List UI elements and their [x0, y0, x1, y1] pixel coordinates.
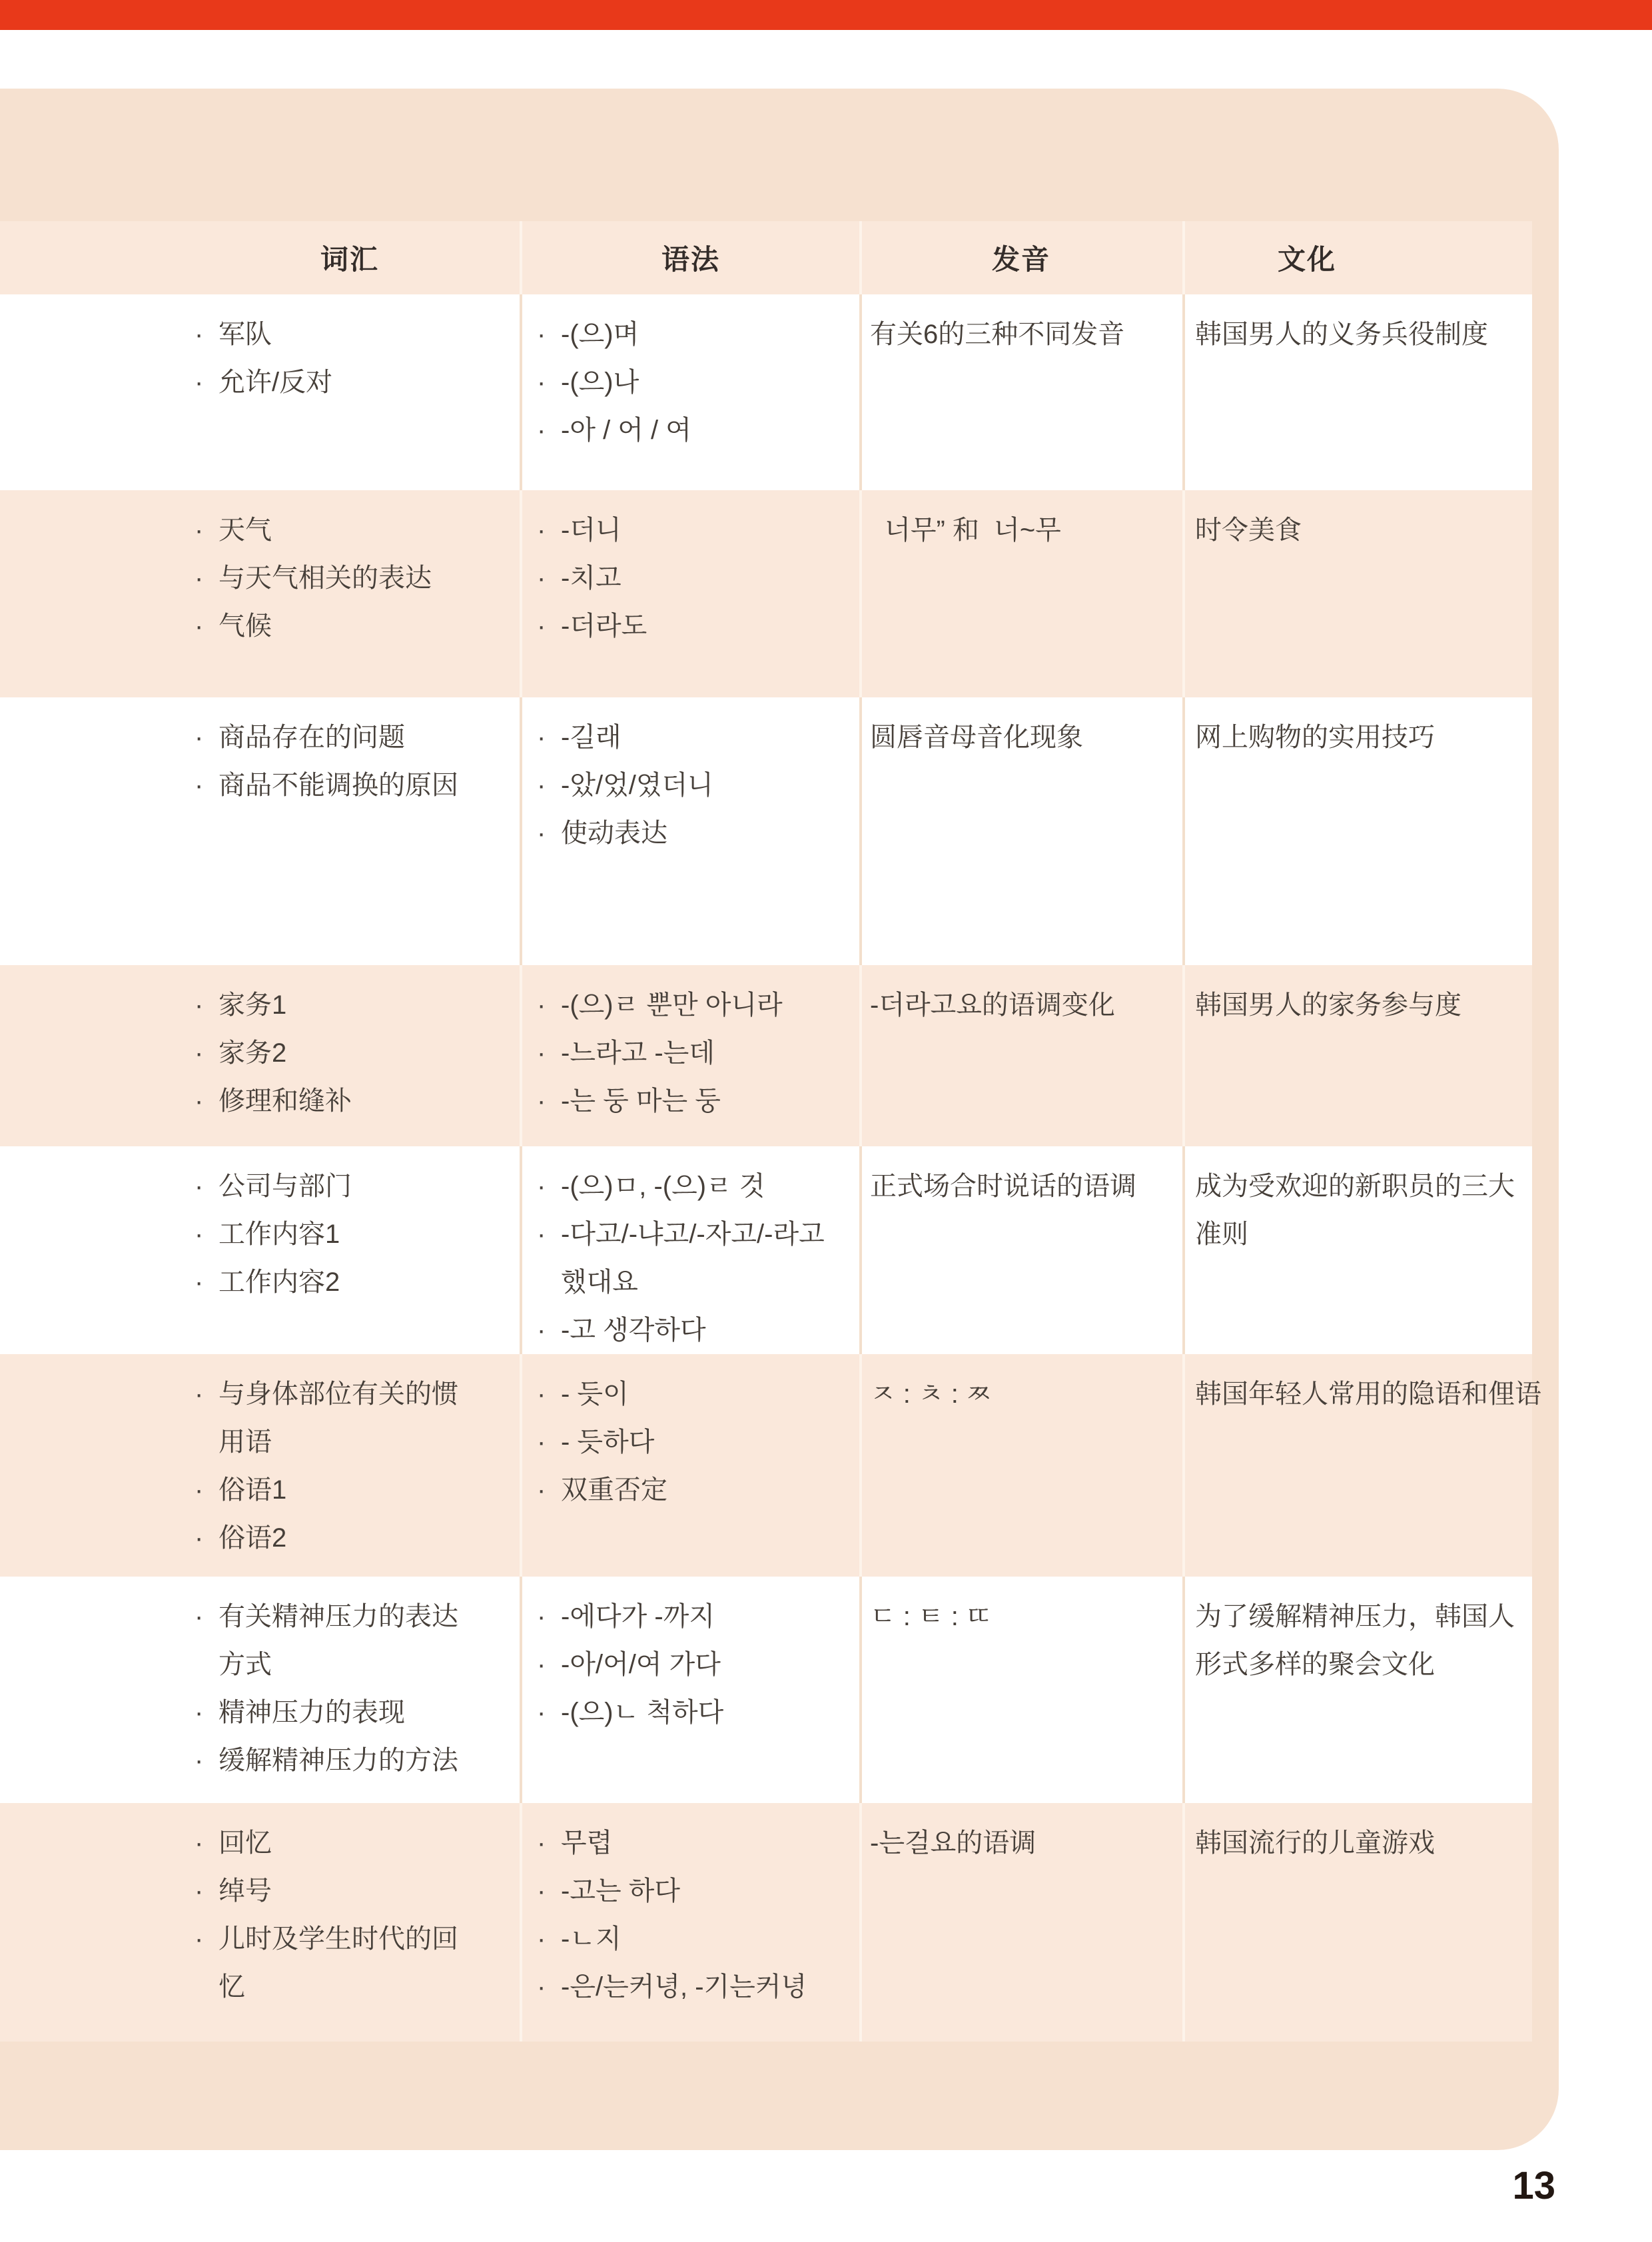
- grammar-item: -더라도: [536, 602, 846, 650]
- grammar-cell: - 듯이- 듯하다双重否定: [520, 1354, 859, 1577]
- vocabulary-item: 缓解精神压力的方法: [193, 1736, 483, 1784]
- grammar-item: -다고/-냐고/-자고/-라고 했대요: [536, 1210, 846, 1306]
- page-number: 13: [1512, 2163, 1555, 2208]
- vocabulary-item: 儿时及学生时代的回忆: [193, 1915, 483, 2011]
- vocabulary-item: 与身体部位有关的惯用语: [193, 1370, 483, 1466]
- grammar-item: 双重否定: [536, 1466, 846, 1514]
- vocabulary-cell: 天气与天气相关的表达气候: [0, 490, 520, 697]
- column-header-vocabulary: 词汇: [0, 221, 520, 294]
- grammar-cell: -(으)며-(으)나-아 / 어 / 여: [520, 294, 859, 490]
- culture-cell: 成为受欢迎的新职员的三大准则: [1182, 1146, 1532, 1354]
- grammar-item: -에다가 -까지: [536, 1593, 846, 1641]
- table-row: 商品存在的问题商品不能调换的原因-길래-았/었/였더니使动表达圆唇音母音化现象网…: [0, 697, 1532, 965]
- grammar-item: -더니: [536, 506, 846, 554]
- vocabulary-cell: 家务1家务2修理和缝补: [0, 965, 520, 1146]
- grammar-item: - 듯이: [536, 1370, 846, 1418]
- table-row: 天气与天气相关的表达气候-더니-치고-더라도 너무” 和 너~무时令美食: [0, 490, 1532, 697]
- vocabulary-item: 天气: [193, 506, 483, 554]
- grammar-item: -아/어/여 가다: [536, 1641, 846, 1688]
- table-row: 有关精神压力的表达方式精神压力的表现缓解精神压力的方法-에다가 -까지-아/어/…: [0, 1577, 1532, 1803]
- table-row: 家务1家务2修理和缝补-(으)ㄹ 뿐만 아니라-느라고 -는데-는 둥 마는 둥…: [0, 965, 1532, 1146]
- table-row: 回忆绰号儿时及学生时代的回忆무렵-고는 하다-ㄴ지-은/는커녕, -기는커녕-는…: [0, 1803, 1532, 2042]
- grammar-item: -은/는커녕, -기는커녕: [536, 1963, 846, 2011]
- vocabulary-item: 与天气相关的表达: [193, 554, 483, 602]
- culture-cell: 韩国男人的家务参与度: [1182, 965, 1532, 1146]
- vocabulary-item: 气候: [193, 602, 483, 650]
- pronunciation-cell: ㄷ : ㅌ : ㄸ: [859, 1577, 1182, 1803]
- vocabulary-item: 回忆: [193, 1819, 483, 1867]
- pronunciation-cell: 너무” 和 너~무: [859, 490, 1182, 697]
- grammar-item: 使动表达: [536, 809, 846, 857]
- column-header-pronunciation: 发音: [859, 221, 1182, 294]
- vocabulary-item: 有关精神压力的表达方式: [193, 1593, 483, 1688]
- grammar-item: -(으)ㄹ 뿐만 아니라: [536, 981, 846, 1029]
- vocabulary-cell: 有关精神压力的表达方式精神压力的表现缓解精神压力的方法: [0, 1577, 520, 1803]
- culture-cell: 韩国年轻人常用的隐语和俚语: [1182, 1354, 1532, 1577]
- vocabulary-item: 公司与部门: [193, 1162, 483, 1210]
- pronunciation-cell: 有关6的三种不同发音: [859, 294, 1182, 490]
- pronunciation-cell: 正式场合时说话的语调: [859, 1146, 1182, 1354]
- grammar-item: -았/었/였더니: [536, 761, 846, 809]
- vocabulary-cell: 军队允许/反对: [0, 294, 520, 490]
- pronunciation-cell: -는걸요的语调: [859, 1803, 1182, 2042]
- vocabulary-item: 修理和缝补: [193, 1077, 483, 1125]
- vocabulary-item: 允许/反对: [193, 358, 483, 406]
- grammar-item: -고는 하다: [536, 1867, 846, 1915]
- grammar-item: - 듯하다: [536, 1418, 846, 1466]
- vocabulary-item: 家务1: [193, 981, 483, 1029]
- vocabulary-item: 绰号: [193, 1867, 483, 1915]
- vocabulary-item: 商品存在的问题: [193, 713, 483, 761]
- pronunciation-cell: ㅈ : ㅊ : ㅉ: [859, 1354, 1182, 1577]
- grammar-cell: 무렵-고는 하다-ㄴ지-은/는커녕, -기는커녕: [520, 1803, 859, 2042]
- grammar-cell: -(으)ㄹ 뿐만 아니라-느라고 -는데-는 둥 마는 둥: [520, 965, 859, 1146]
- vocabulary-item: 工作内容2: [193, 1258, 483, 1306]
- vocabulary-item: 俗语1: [193, 1466, 483, 1514]
- grammar-item: -고 생각하다: [536, 1306, 846, 1354]
- top-accent-bar: [0, 0, 1652, 30]
- vocabulary-cell: 公司与部门工作内容1工作内容2: [0, 1146, 520, 1354]
- grammar-cell: -더니-치고-더라도: [520, 490, 859, 697]
- culture-cell: 韩国流行的儿童游戏: [1182, 1803, 1532, 2042]
- syllabus-table: 词汇 语法 发音 文化 军队允许/反对-(으)며-(으)나-아 / 어 / 여有…: [0, 221, 1532, 2042]
- vocabulary-cell: 与身体部位有关的惯用语俗语1俗语2: [0, 1354, 520, 1577]
- culture-cell: 韩国男人的义务兵役制度: [1182, 294, 1532, 490]
- grammar-cell: -길래-았/었/였더니使动表达: [520, 697, 859, 965]
- grammar-item: -아 / 어 / 여: [536, 406, 846, 454]
- grammar-item: -(으)ㄴ 척하다: [536, 1688, 846, 1736]
- culture-cell: 时令美食: [1182, 490, 1532, 697]
- vocabulary-cell: 商品存在的问题商品不能调换的原因: [0, 697, 520, 965]
- grammar-cell: -에다가 -까지-아/어/여 가다-(으)ㄴ 척하다: [520, 1577, 859, 1803]
- vocabulary-cell: 回忆绰号儿时及学生时代的回忆: [0, 1803, 520, 2042]
- grammar-item: -치고: [536, 554, 846, 602]
- vocabulary-item: 精神压力的表现: [193, 1688, 483, 1736]
- culture-cell: 为了缓解精神压力，韩国人形式多样的聚会文化: [1182, 1577, 1532, 1803]
- table-row: 公司与部门工作内容1工作内容2-(으)ㅁ, -(으)ㄹ 것-다고/-냐고/-자고…: [0, 1146, 1532, 1354]
- table-row: 军队允许/反对-(으)며-(으)나-아 / 어 / 여有关6的三种不同发音韩国男…: [0, 294, 1532, 490]
- grammar-item: -는 둥 마는 둥: [536, 1077, 846, 1125]
- vocabulary-item: 家务2: [193, 1029, 483, 1077]
- column-header-grammar: 语法: [520, 221, 859, 294]
- content-panel: 词汇 语法 发音 文化 军队允许/反对-(으)며-(으)나-아 / 어 / 여有…: [0, 89, 1559, 2150]
- vocabulary-item: 军队: [193, 310, 483, 358]
- vocabulary-item: 商品不能调换的原因: [193, 761, 483, 809]
- grammar-item: -(으)나: [536, 358, 846, 406]
- vocabulary-item: 俗语2: [193, 1514, 483, 1562]
- table-header-row: 词汇 语法 发音 文化: [0, 221, 1532, 294]
- pronunciation-cell: -더라고요的语调变化: [859, 965, 1182, 1146]
- grammar-cell: -(으)ㅁ, -(으)ㄹ 것-다고/-냐고/-자고/-라고 했대요-고 생각하다: [520, 1146, 859, 1354]
- grammar-item: 무렵: [536, 1819, 846, 1867]
- grammar-item: -길래: [536, 713, 846, 761]
- grammar-item: -(으)ㅁ, -(으)ㄹ 것: [536, 1162, 846, 1210]
- grammar-item: -(으)며: [536, 310, 846, 358]
- table-row: 与身体部位有关的惯用语俗语1俗语2- 듯이- 듯하다双重否定ㅈ : ㅊ : ㅉ韩…: [0, 1354, 1532, 1577]
- grammar-item: -느라고 -는데: [536, 1029, 846, 1077]
- column-header-culture: 文化: [1182, 221, 1532, 294]
- grammar-item: -ㄴ지: [536, 1915, 846, 1963]
- culture-cell: 网上购物的实用技巧: [1182, 697, 1532, 965]
- vocabulary-item: 工作内容1: [193, 1210, 483, 1258]
- table-body: 军队允许/反对-(으)며-(으)나-아 / 어 / 여有关6的三种不同发音韩国男…: [0, 294, 1532, 2042]
- pronunciation-cell: 圆唇音母音化现象: [859, 697, 1182, 965]
